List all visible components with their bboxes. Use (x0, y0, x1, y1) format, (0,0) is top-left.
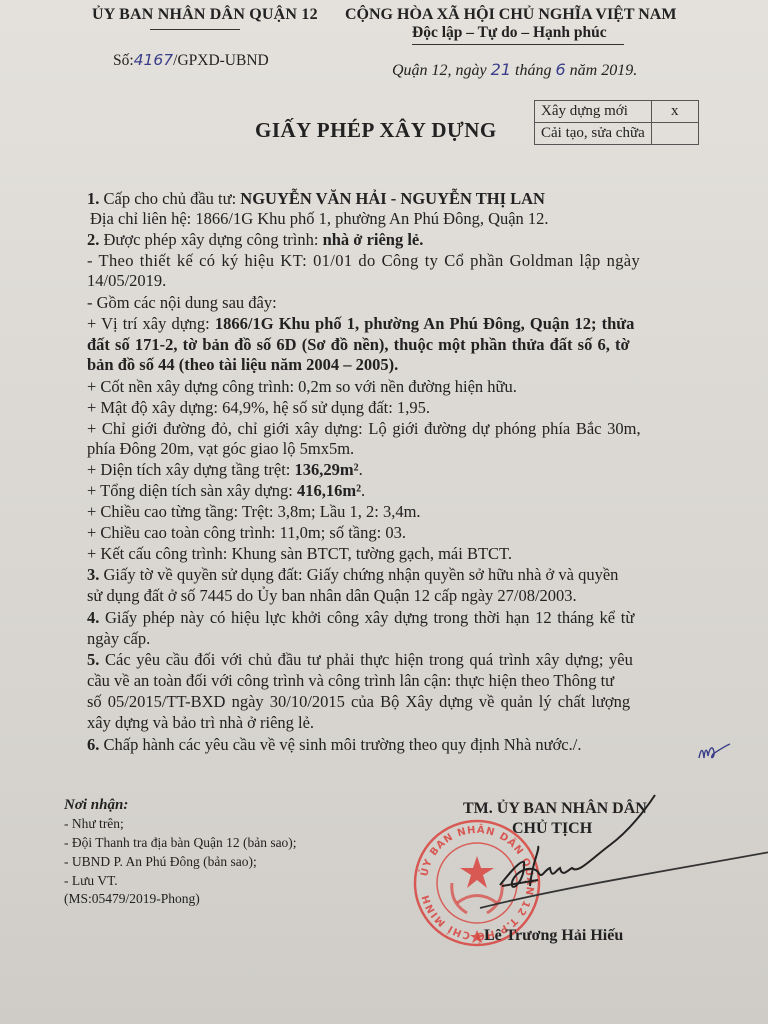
recipient-item: - Như trên; (64, 816, 124, 832)
land-cert: sử dụng đất ở số 7445 do Ủy ban nhân dân… (87, 586, 577, 606)
number-prefix: Số: (113, 52, 134, 69)
clause-5-requirements: 5. Các yêu cầu đối với chủ đầu tư phải t… (87, 650, 633, 670)
permit-type-row: Cải tạo, sửa chữa (535, 123, 699, 145)
location-line-2: đất số 171-2, tờ bản đồ số 6D (Sơ đồ nền… (87, 335, 630, 355)
ground-floor-area: + Diện tích xây dựng tầng trệt: 136,29m²… (87, 460, 363, 480)
recipient-item: - UBND P. An Phú Đông (bản sao); (64, 854, 257, 870)
design-reference: - Theo thiết kế có ký hiệu KT: 01/01 do … (87, 251, 640, 271)
design-date: 14/05/2019. (87, 271, 166, 291)
requirements-line-4: xây dựng và bảo trì nhà ở riêng lẻ. (87, 713, 314, 733)
handwritten-number: 4167 (134, 51, 173, 69)
motto-underline (412, 44, 624, 45)
agency-underline (150, 29, 240, 30)
recipient-item: - Đội Thanh tra địa bàn Quận 12 (bản sao… (64, 835, 297, 851)
clause-4-validity: 4. Giấy phép này có hiệu lực khởi công x… (87, 608, 634, 628)
boundary-line-1: + Chỉ giới đường đỏ, chỉ giới xây dựng: … (87, 419, 641, 439)
issuing-agency: ỦY BAN NHÂN DÂN QUẬN 12 (92, 6, 318, 24)
file-code: (MS:05479/2019-Phong) (64, 891, 200, 907)
total-floor-area: + Tổng diện tích sàn xây dựng: 416,16m². (87, 481, 365, 501)
country-heading: CỘNG HÒA XÃ HỘI CHỦ NGHĨA VIỆT NAM (345, 6, 676, 24)
location-line-3: bản đồ số 44 (theo tài liệu năm 2004 – 2… (87, 355, 398, 375)
document-number: Số:4167/GPXD-UBND (113, 51, 269, 70)
clause-2-permission: 2. Được phép xây dựng công trình: nhà ở … (87, 230, 423, 250)
recipients-title: Nơi nhận: (64, 797, 128, 814)
clause-1-owner: 1. Cấp cho chủ đầu tư: NGUYỄN VĂN HẢI - … (87, 189, 545, 209)
requirements-line-3: số 05/2015/TT-BXD ngày 30/10/2015 của Bộ… (87, 692, 630, 712)
national-motto: Độc lập – Tự do – Hạnh phúc (412, 24, 607, 42)
building-density: + Mật độ xây dựng: 64,9%, hệ số sử dụng … (87, 398, 430, 418)
place-date: Quận 12, ngày 21 tháng 6 năm 2019. (392, 60, 637, 80)
handwritten-day: 21 (491, 60, 511, 79)
document-title: GIẤY PHÉP XÂY DỰNG (255, 118, 497, 143)
contact-address: Địa chỉ liên hệ: 1866/1G Khu phố 1, phườ… (90, 209, 549, 229)
clause-6-environment: 6. Chấp hành các yêu cầu về vệ sinh môi … (87, 735, 581, 755)
clause-3-land-docs: 3. Giấy tờ về quyền sử dụng đất: Giấy ch… (87, 565, 618, 585)
handwritten-month: 6 (555, 60, 565, 79)
signer-name: Lê Trương Hải Hiếu (484, 927, 623, 945)
permit-type-mark (651, 123, 698, 145)
number-suffix: /GPXD-UBND (173, 52, 269, 69)
permit-type-mark: x (651, 101, 698, 123)
handwritten-signature-icon (440, 790, 768, 940)
permit-type-row: Xây dựng mới x (535, 101, 699, 123)
boundary-line-2: phía Đông 20m, vạt góc giao lộ 5mx5m. (87, 439, 354, 459)
building-height: + Chiều cao toàn công trình: 11,0m; số t… (87, 523, 406, 543)
handwritten-initials-icon (697, 742, 731, 762)
floor-heights: + Chiều cao từng tầng: Trệt: 3,8m; Lầu 1… (87, 502, 421, 522)
location-line-1: + Vị trí xây dựng: 1866/1G Khu phố 1, ph… (87, 314, 634, 334)
validity-end: ngày cấp. (87, 629, 150, 649)
contents-heading: - Gồm các nội dung sau đây: (87, 293, 277, 313)
foundation-level: + Cốt nền xây dựng công trình: 0,2m so v… (87, 377, 517, 397)
recipient-item: - Lưu VT. (64, 873, 118, 889)
requirements-line-2: cầu về an toàn đối với công trình và côn… (87, 671, 614, 691)
permit-type-label: Xây dựng mới (535, 101, 652, 123)
permit-type-table: Xây dựng mới x Cải tạo, sửa chữa (534, 100, 699, 145)
structure: + Kết cấu công trình: Khung sàn BTCT, tư… (87, 544, 512, 564)
permit-type-label: Cải tạo, sửa chữa (535, 123, 652, 145)
